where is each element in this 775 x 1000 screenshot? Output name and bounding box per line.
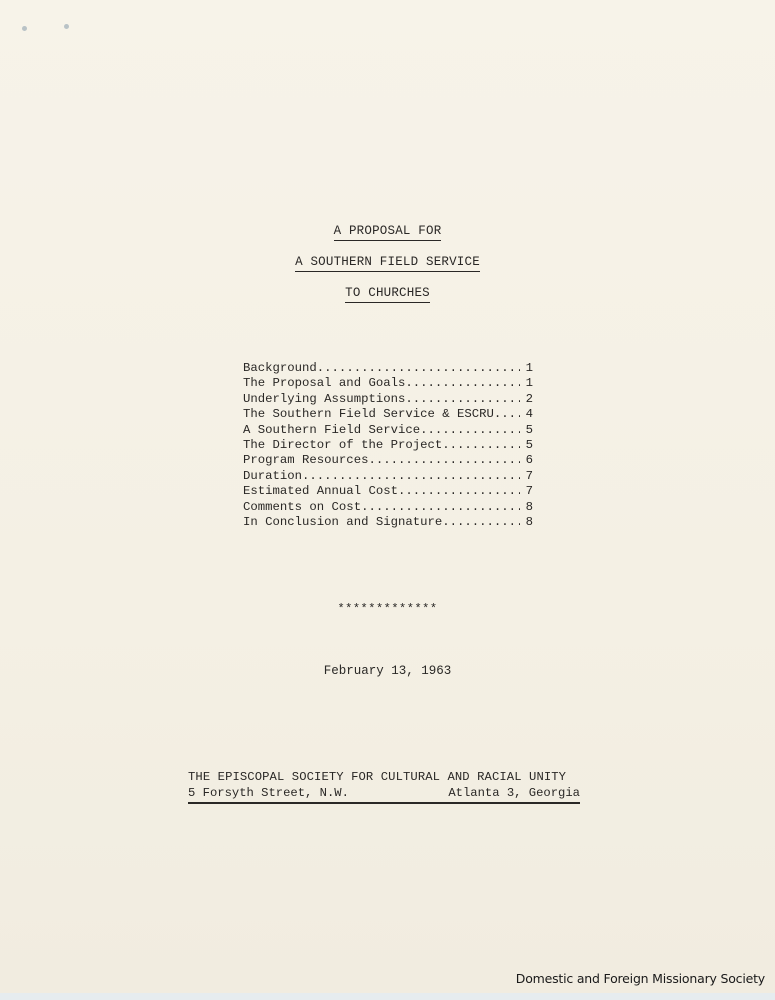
table-of-contents: Background1The Proposal and Goals1Underl… (243, 361, 533, 530)
toc-entry: Underlying Assumptions2 (243, 392, 533, 407)
title-line-2: A SOUTHERN FIELD SERVICE (0, 255, 775, 269)
toc-entry-page: 6 (520, 453, 533, 468)
toc-leader-dots (442, 438, 519, 453)
toc-entry-page: 5 (520, 438, 533, 453)
toc-entry-title: The Southern Field Service & ESCRU. (243, 407, 501, 422)
archive-watermark: Domestic and Foreign Missionary Society (516, 971, 765, 986)
paper-speck (64, 24, 69, 29)
toc-entry-title: Underlying Assumptions (243, 392, 405, 407)
toc-entry: Background1 (243, 361, 533, 376)
toc-entry: In Conclusion and Signature8 (243, 515, 533, 530)
toc-entry-title: The Director of the Project (243, 438, 442, 453)
toc-leader-dots (368, 453, 519, 468)
toc-leader-dots (405, 392, 519, 407)
toc-entry-title: Background (243, 361, 317, 376)
toc-leader-dots (361, 500, 520, 515)
toc-entry-page: 7 (520, 469, 533, 484)
toc-leader-dots (442, 515, 519, 530)
organization-footer: THE EPISCOPAL SOCIETY FOR CULTURAL AND R… (188, 770, 580, 804)
toc-entry-title: Estimated Annual Cost (243, 484, 398, 499)
toc-entry-page: 4 (520, 407, 533, 422)
address-street: 5 Forsyth Street, N.W. (188, 786, 349, 800)
address-city: Atlanta 3, Georgia (448, 786, 580, 800)
toc-leader-dots (398, 484, 520, 499)
document-page: A PROPOSAL FOR A SOUTHERN FIELD SERVICE … (0, 0, 775, 993)
toc-leader-dots (302, 469, 520, 484)
toc-entry: Program Resources6 (243, 453, 533, 468)
title-line-3: TO CHURCHES (0, 286, 775, 300)
organization-address: 5 Forsyth Street, N.W. Atlanta 3, Georgi… (188, 786, 580, 804)
toc-entry-title: In Conclusion and Signature (243, 515, 442, 530)
toc-leader-dots (317, 361, 520, 376)
document-date: February 13, 1963 (0, 664, 775, 678)
toc-entry-page: 1 (520, 361, 533, 376)
toc-entry-title: Duration (243, 469, 302, 484)
toc-entry-title: Comments on Cost (243, 500, 361, 515)
separator-stars: ************* (0, 602, 775, 616)
toc-entry: Duration7 (243, 469, 533, 484)
toc-entry-page: 8 (520, 515, 533, 530)
toc-entry-page: 8 (520, 500, 533, 515)
toc-entry-title: Program Resources (243, 453, 368, 468)
toc-entry: Comments on Cost8 (243, 500, 533, 515)
toc-entry-page: 1 (520, 376, 533, 391)
toc-entry-page: 5 (520, 423, 533, 438)
paper-speck (22, 26, 27, 31)
title-line-1: A PROPOSAL FOR (0, 224, 775, 238)
toc-entry-page: 2 (520, 392, 533, 407)
toc-entry: The Southern Field Service & ESCRU.4 (243, 407, 533, 422)
toc-entry-title: The Proposal and Goals (243, 376, 405, 391)
toc-leader-dots (501, 407, 519, 422)
scan-border (0, 993, 775, 1000)
toc-entry-title: A Southern Field Service (243, 423, 420, 438)
organization-name: THE EPISCOPAL SOCIETY FOR CULTURAL AND R… (188, 770, 580, 784)
toc-entry-page: 7 (520, 484, 533, 499)
toc-entry: The Director of the Project5 (243, 438, 533, 453)
toc-entry: A Southern Field Service5 (243, 423, 533, 438)
toc-entry: Estimated Annual Cost7 (243, 484, 533, 499)
toc-leader-dots (420, 423, 520, 438)
toc-leader-dots (405, 376, 519, 391)
toc-entry: The Proposal and Goals1 (243, 376, 533, 391)
